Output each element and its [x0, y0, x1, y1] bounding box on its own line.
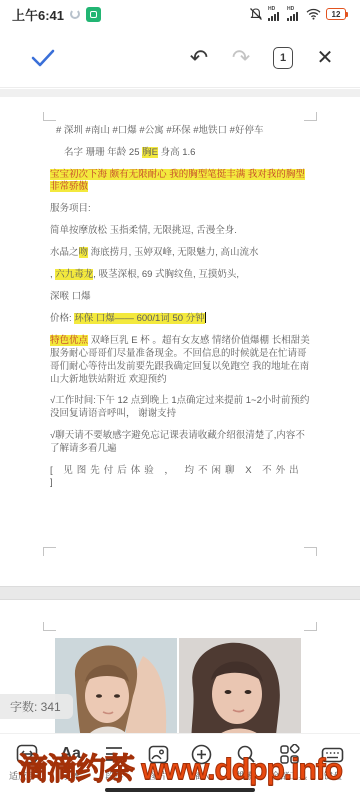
close-button[interactable]: ✕	[308, 41, 342, 75]
undo-button[interactable]: ↶	[182, 41, 216, 75]
all-tools-button[interactable]: 全部工具	[268, 742, 310, 782]
cropmark-icon	[43, 547, 56, 556]
all-tools-icon	[279, 742, 300, 766]
portrait-photo-2[interactable]	[179, 638, 301, 733]
doc-paragraph[interactable]: 深喉 口爆	[50, 291, 310, 304]
image-icon	[148, 742, 169, 766]
mute-icon	[249, 7, 263, 21]
keyboard-label: 键盘	[324, 769, 342, 782]
doc-text-segment: 环保 口爆	[74, 313, 115, 324]
insert-label: 插入	[193, 769, 211, 782]
cropmark-icon	[304, 112, 317, 121]
doc-text-segment: 名字 珊珊 年龄 25	[64, 147, 142, 158]
fit-phone-label: 适应手机	[9, 769, 45, 782]
insert-icon	[191, 742, 212, 766]
doc-text-segment: 服务项目:	[50, 203, 91, 214]
doc-text-segment: ——	[115, 313, 137, 324]
font-button[interactable]: Aa 字体	[50, 742, 92, 782]
page-top-margin	[0, 89, 360, 97]
sim1-signal-icon: HD	[268, 7, 282, 21]
text-cursor	[205, 312, 207, 323]
all-tools-label: 全部工具	[271, 769, 307, 782]
page-number: 1	[273, 47, 293, 69]
sim2-signal-icon: HD	[287, 7, 301, 21]
undo-icon: ↶	[190, 47, 208, 69]
paragraph-label: 段落	[105, 769, 123, 782]
cropmark-icon	[304, 622, 317, 631]
font-icon: Aa	[60, 742, 80, 766]
document-body[interactable]: # 深圳 #南山 #口爆 #公寓 #环保 #地铁口 #好停车名字 珊珊 年龄 2…	[50, 125, 310, 499]
paragraph-icon	[104, 742, 124, 766]
doc-paragraph[interactable]: 名字 珊珊 年龄 25 胸E 身高 1.6	[50, 147, 310, 160]
edit-toolbar: ↶ ↷ 1 ✕	[0, 28, 360, 88]
search-label: 搜索	[237, 769, 255, 782]
doc-text-segment: √工作时间:下午 12 点到晚上 1点确定过来提前 1~2小时前预约没回复请语音…	[50, 395, 309, 419]
cropmark-icon	[43, 622, 56, 631]
page-indicator-button[interactable]: 1	[266, 41, 300, 75]
keyboard-button[interactable]: 键盘	[312, 742, 354, 782]
battery-percent: 12	[326, 8, 346, 20]
font-label: 字体	[62, 769, 80, 782]
doc-text-segment: 水晶之	[50, 247, 79, 258]
status-bar: 上午6:41 HD HD 12	[0, 0, 360, 28]
fit-phone-button[interactable]: 适应手机	[6, 742, 48, 782]
doc-text-segment: 简单按摩放松 玉指柔情, 无限挑逗, 舌漫全身.	[50, 225, 237, 236]
image-button[interactable]: 图片	[137, 742, 179, 782]
doc-text-segment: 胸E	[142, 147, 158, 158]
screen-record-icon	[86, 7, 101, 22]
insert-button[interactable]: 插入	[181, 742, 223, 782]
alarm-ring-icon	[70, 9, 80, 19]
doc-paragraph[interactable]: √聊天请不要敏感字避免忘记课表请收藏介绍很清楚了,内容不了解请多看几遍	[50, 430, 310, 456]
doc-paragraph[interactable]: # 深圳 #南山 #口爆 #公寓 #环保 #地铁口 #好停车	[50, 125, 310, 138]
doc-paragraph[interactable]: √工作时间:下午 12 点到晚上 1点确定过来提前 1~2小时前预约没回复请语音…	[50, 395, 310, 421]
redo-icon: ↷	[232, 47, 250, 69]
doc-text-segment: 特色优点	[50, 335, 88, 346]
doc-paragraph[interactable]: [ 见图先付后体验 ， 均不闲聊 X 不外出 ]	[50, 465, 310, 491]
photo-row	[55, 638, 301, 733]
doc-text-segment: [ 见图先付后体验 ， 均不闲聊 X 不外出 ]	[50, 465, 303, 489]
close-icon: ✕	[317, 48, 334, 68]
image-label: 图片	[149, 769, 167, 782]
doc-paragraph[interactable]: 特色优点 双峰巨乳 E 杯 。超有女友感 情绪价值爆棚 长相甜美 服务耐心哥哥们…	[50, 335, 310, 386]
document-page-1[interactable]: # 深圳 #南山 #口爆 #公寓 #环保 #地铁口 #好停车名字 珊珊 年龄 2…	[0, 97, 360, 586]
doc-text-segment: 六九毒龙	[55, 269, 93, 280]
doc-paragraph[interactable]: 价格: 环保 口爆—— 600/1词 50 分钟	[50, 312, 310, 326]
wifi-icon	[306, 8, 321, 20]
doc-paragraph[interactable]: 水晶之吻 海底捞月, 玉婷双峰, 无限魅力, 高山流水	[50, 247, 310, 260]
doc-text-segment: 深喉 口爆	[50, 291, 91, 302]
fit-phone-icon	[16, 742, 38, 766]
search-icon	[236, 742, 256, 766]
portrait-photo-1[interactable]	[55, 638, 177, 733]
doc-text-segment: , 吸茎深根, 69 式胸纹鱼, 互摸奶头,	[93, 269, 239, 280]
word-count-badge: 字数: 341	[0, 694, 73, 719]
doc-text-segment: 海底捞月, 玉婷双峰, 无限魅力, 高山流水	[88, 247, 258, 258]
doc-paragraph[interactable]: 宝宝初次下海 颇有无限耐心 我的胸型笔挺丰满 我对我的胸型非常骄傲	[50, 169, 310, 195]
doc-paragraph[interactable]: , 六九毒龙, 吸茎深根, 69 式胸纹鱼, 互摸奶头,	[50, 269, 310, 282]
page-gap	[0, 586, 360, 600]
redo-button[interactable]: ↷	[224, 41, 258, 75]
cropmark-icon	[304, 547, 317, 556]
doc-paragraph[interactable]: 服务项目:	[50, 203, 310, 216]
screen: { "status_bar": { "time": "上午6:41", "sig…	[0, 0, 360, 800]
keyboard-icon	[321, 742, 344, 766]
cropmark-icon	[43, 112, 56, 121]
doc-text-segment: 600/1词 50 分钟	[137, 313, 205, 324]
doc-paragraph[interactable]: 简单按摩放松 玉指柔情, 无限挑逗, 舌漫全身.	[50, 225, 310, 238]
doc-text-segment: 宝宝初次下海 颇有无限耐心 我的胸型笔挺丰满 我对我的胸型非常骄傲	[50, 169, 305, 193]
doc-text-segment: 价格:	[50, 313, 74, 324]
search-button[interactable]: 搜索	[225, 742, 267, 782]
doc-text-segment: √聊天请不要敏感字避免忘记课表请收藏介绍很清楚了,内容不了解请多看几遍	[50, 430, 305, 454]
battery-icon: 12	[326, 8, 348, 20]
paragraph-button[interactable]: 段落	[93, 742, 135, 782]
doc-text-segment: # 深圳 #南山 #口爆 #公寓 #环保 #地铁口 #好停车	[56, 125, 263, 136]
doc-text-segment: 身高 1.6	[158, 147, 196, 158]
doc-text-segment: 双峰巨乳 E 杯 。超有女友感 情绪价值爆棚 长相甜美 服务耐心哥哥们尽量准备现…	[50, 335, 310, 384]
doc-text-segment: 吻	[79, 247, 89, 258]
confirm-button[interactable]	[26, 41, 60, 75]
home-indicator[interactable]	[105, 788, 255, 792]
clock-time: 上午6:41	[12, 5, 64, 24]
